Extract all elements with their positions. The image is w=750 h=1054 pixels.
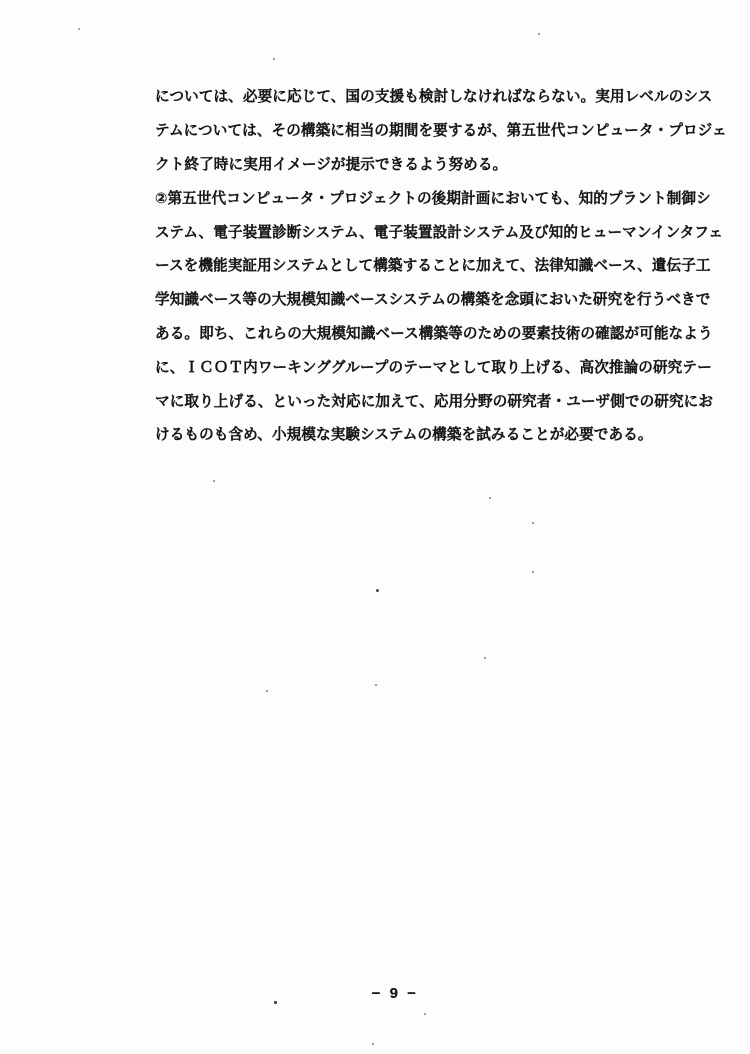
text-line: マに取り上げる、といった対応に加えて、応用分野の研究者・ユーザ側での研究にお [155,383,735,417]
text-line: クト終了時に実用イメージが提示できるよう努める。 [155,147,735,181]
scan-speck [213,480,215,482]
text-line: ステム、電子装置診断システム、電子装置設計システム及び知的ヒューマンインタフェ [155,214,735,248]
scan-speck [532,522,534,524]
text-line: については、必要に応じて、国の支援も検討しなければならない。実用レベルのシス [155,79,735,113]
page-number: − 9 − [20,985,750,1002]
scan-speck [376,589,379,592]
scan-speck [424,1013,426,1015]
body-text-block: については、必要に応じて、国の支援も検討しなければならない。実用レベルのシステム… [155,79,735,451]
scan-speck [78,28,80,30]
text-line: に、ＩＣＯＴ内ワーキンググループのテーマとして取り上げる、高次推論の研究テー [155,349,735,383]
scan-speck [489,497,491,499]
text-line: ースを機能実証用システムとして構築することに加えて、法律知識ベース、遺伝子工 [155,248,735,282]
text-line: ある。即ち、これらの大規模知識ベース構築等のための要素技術の確認が可能なよう [155,316,735,350]
text-line: 学知識ベース等の大規模知識ベースシステムの構築を念頭においた研究を行うべきで [155,282,735,316]
scan-speck [274,1001,277,1004]
text-line: けるものも含め、小規模な実験システムの構築を試みることが必要である。 [155,417,735,451]
scan-speck [538,33,540,35]
scan-speck [372,1043,374,1045]
scan-speck [375,684,377,686]
scan-speck [532,571,534,573]
scanned-document-page: については、必要に応じて、国の支援も検討しなければならない。実用レベルのシステム… [0,0,750,1054]
text-line: ②第五世代コンピュータ・プロジェクトの後期計画においても、知的プラント制御シ [155,180,735,214]
text-line: テムについては、その構築に相当の期間を要するが、第五世代コンピュータ・プロジェ [155,113,735,147]
scan-speck [273,58,275,60]
scan-speck [266,690,268,692]
scan-speck [484,657,486,659]
